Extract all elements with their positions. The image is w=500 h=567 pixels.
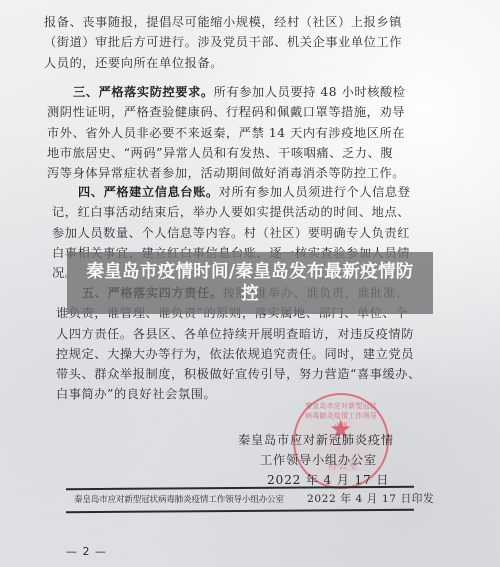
text-fragment: 所有参加人员要持 48 小时核酸检 <box>214 85 406 99</box>
section-heading: 四、严格建立信息台账。 <box>78 185 219 199</box>
overlay-title: 秦皇岛市疫情时间/秦皇岛发布最新疫情防控 <box>80 261 420 305</box>
text-line: 带头、群众举报制度，积极做好宣传引导，努力营造“喜事缓办、 <box>56 364 426 384</box>
section-heading: 三、严格落实防控要求。 <box>73 85 214 99</box>
text-line: 报备、丧事随报，提倡尽可能缩小规模，经村（社区）上报乡镇 <box>44 12 414 32</box>
text-line: 地市旅居史、“两码”异常人员和有发热、干咳咽痛、乏力、腹 <box>47 143 417 163</box>
text-line: 记，红白事活动结束后，举办人要如实提供活动的时间、地点、 <box>52 202 422 222</box>
signature-org-line-1: 秦皇岛市应对新冠肺炎疫情 <box>238 431 394 448</box>
text-line: 三、严格落实防控要求。所有参加人员要持 48 小时核酸检 <box>47 82 417 102</box>
footer-issue-date: 2022 年 4 月 17 日印发 <box>307 491 434 506</box>
section-3-prevention-requirements: 三、严格落实防控要求。所有参加人员要持 48 小时核酸检 测阴性证明，严格查验健… <box>47 82 417 183</box>
text-line: 人四方责任。各县区、各单位持续开展明查暗访，对违反疫情防 <box>56 324 426 344</box>
text-fragment: 对所有参加人员须进行个人信息登 <box>219 185 411 199</box>
signature-org-line-2: 工作领导小组办公室 <box>260 451 377 468</box>
text-line: 控规定、大操大办等行为，依法依规追究责任。同时，建立党员 <box>56 344 426 364</box>
text-line: 市外、省外人员非必要不来返秦，严禁 14 天内有涉疫地区所在 <box>47 123 417 143</box>
text-line: 泻等身体异常症状者参加，活动期间做好消毒消杀等防控工作。 <box>47 163 417 183</box>
paragraph-reporting: 报备、丧事随报，提倡尽可能缩小规模，经村（社区）上报乡镇 （街道）审批后方可进行… <box>44 12 414 73</box>
text-line: 人员的，还要向所在单位报备。 <box>44 53 414 73</box>
text-line: 参加人员数量、个人信息等内容。村（社区）要明确专人负责红 <box>52 223 422 243</box>
text-line: 四、严格建立信息台账。对所有参加人员须进行个人信息登 <box>52 182 422 202</box>
footer-divider-bottom <box>66 509 414 513</box>
text-line: （街道）审批后方可进行。涉及党员干部、机关企事业单位工作 <box>44 32 414 52</box>
title-overlay-banner: 秦皇岛市疫情时间/秦皇岛发布最新疫情防控 <box>67 252 433 314</box>
text-line: 测阴性证明，严格查验健康码、行程码和佩戴口罩等措施，劝导 <box>47 102 417 122</box>
footer-issuer: 秦皇岛市应对新型冠状病毒肺炎疫情工作领导小组办公室 <box>74 493 284 505</box>
page-number: — 2 — <box>66 545 107 558</box>
